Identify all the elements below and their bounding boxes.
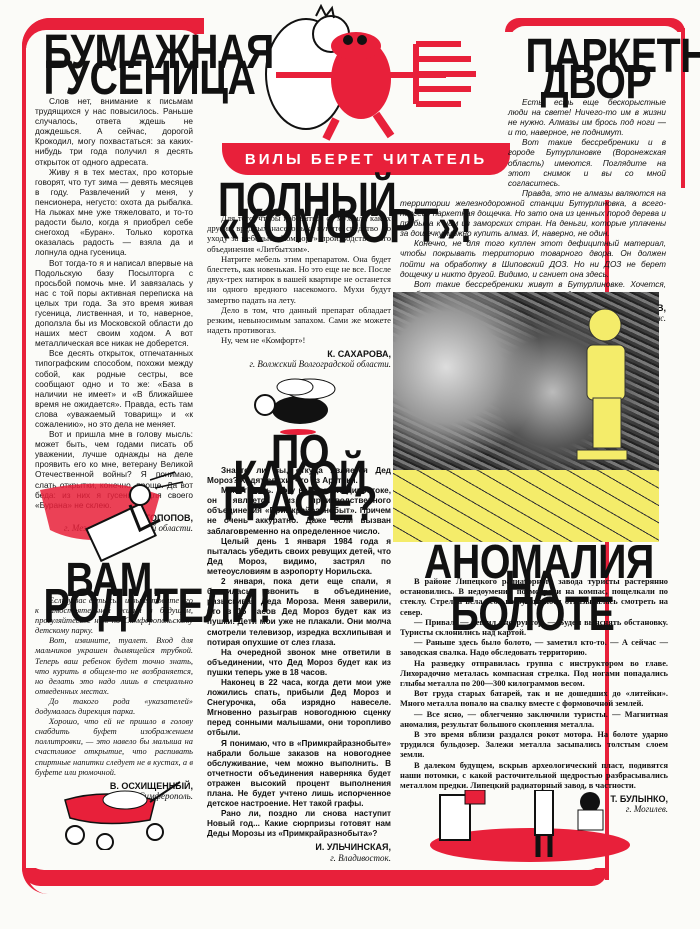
paragraph: Знаете ли вы, откуда является Дед Мороз?…	[207, 466, 391, 486]
author: И. УЛЬЧИНСКАЯ,	[207, 842, 391, 852]
article-title: БУМАЖНАЯ ГУСЕНИЦА	[28, 40, 200, 92]
paragraph: Все десять открыток, отпечатанных типогр…	[35, 348, 193, 429]
place: г. Владивосток.	[207, 853, 391, 863]
paragraph: Наконец в 22 часа, когда дети мои уже ло…	[207, 678, 391, 739]
article-body: В районе Липецкого радиаторного завода т…	[400, 577, 668, 815]
paragraph: Для того, чтобы избавиться от мух или ка…	[207, 213, 391, 254]
paragraph: Целый день 1 января 1984 года я пыталась…	[207, 537, 391, 577]
article-body: Слов нет, внимание к письмам трудящихся …	[35, 96, 193, 533]
text-wrap-spacer	[400, 98, 508, 190]
article-body: Если у вас есть сын и вы готовите его к …	[35, 596, 193, 801]
bottom-red-bar	[22, 868, 607, 886]
paragraph: Конечно, не для того куплен этот дефицит…	[400, 239, 666, 279]
paragraph: Я понимаю, что в «Примкрайразнобыте» наб…	[207, 739, 391, 810]
paragraph: Ну, чем не «Комфорт»!	[207, 335, 391, 345]
paragraph: Рано ли, поздно ли снова наступит Новый …	[207, 809, 391, 839]
paragraph: Натрите мебель этим препаратом. Она буде…	[207, 254, 391, 305]
article-body: Есть, есть еще бескорыстные люди на свет…	[400, 98, 666, 323]
paragraph: Хорошо, что ей не пришло в голову снабди…	[35, 717, 193, 778]
paragraph: — Все ясно, — облегченно заключили турис…	[400, 710, 668, 730]
article-body: Знаете ли вы, откуда является Дед Мороз?…	[207, 466, 391, 863]
paragraph: В районе Липецкого радиаторного завода т…	[400, 577, 668, 618]
yellow-man-with-broom-icon	[575, 300, 630, 470]
title-line: ДВОР	[525, 70, 666, 96]
paragraph: Если у вас есть сын и вы готовите его к …	[35, 596, 193, 636]
article-body: Для того, чтобы избавиться от мух или ка…	[207, 213, 391, 369]
tourists-cartoon-icon	[410, 790, 640, 865]
place: г. Волжский Волгоградской области.	[207, 359, 391, 369]
paragraph: — Раньше здесь было болото, — заметил кт…	[400, 638, 668, 658]
paragraph: Слов нет, внимание к письмам трудящихся …	[35, 96, 193, 167]
paragraph: Вот, извините, туалет. Вход для мальчико…	[35, 636, 193, 697]
paragraph: До такого рода «указателей» додумалась д…	[35, 697, 193, 717]
paragraph: Вот тогда-то я и написал впервые на Подо…	[35, 258, 193, 349]
paragraph: В далеком будущем, вскрыв археологически…	[400, 761, 668, 792]
paragraph: 2 января, пока дети еще спали, я бросила…	[207, 577, 391, 648]
paragraph: Дело в том, что данный препарат обладает…	[207, 305, 391, 336]
paragraph: Живу я в тех местах, про которые говорят…	[35, 167, 193, 258]
article-title: ПАРКЕТНЫЙ ДВОР	[510, 44, 682, 96]
paragraph: На разведку отправилась группа с инструк…	[400, 659, 668, 690]
stroller-cartoon-icon	[55, 780, 185, 850]
paragraph: На очередной звонок мне ответили в объед…	[207, 648, 391, 678]
paragraph: Может быть. Но у нас, во Владивостоке, о…	[207, 486, 391, 536]
author: К. САХАРОВА,	[207, 349, 391, 359]
title-line: ГУСЕНИЦА	[43, 66, 184, 92]
paragraph: — Привал! — решил инструктор. — Будем вы…	[400, 618, 668, 638]
paragraph: Вот груда старых батарей, так и не дошед…	[400, 689, 668, 709]
parquet-floor-drawing	[393, 470, 659, 542]
paragraph: В это время вблизи раздался рокот мотора…	[400, 730, 668, 761]
paragraph: Правда, это не алмазы валяются на террит…	[400, 189, 666, 239]
